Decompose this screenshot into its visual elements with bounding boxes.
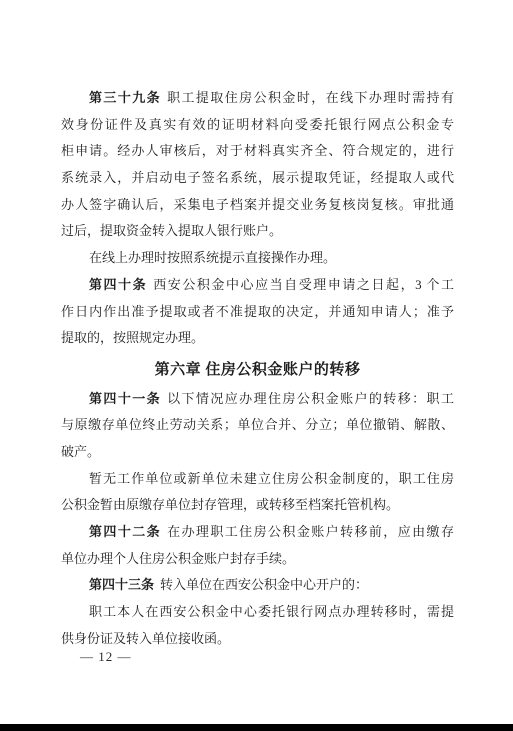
- text-line: 第四十二条在办理职工住房公积金账户转移前，应由缴存: [61, 519, 454, 546]
- document-page: 第三十九条职工提取住房公积金时，在线下办理时需持有效身份证件及真实有效的证明材料…: [0, 0, 513, 731]
- bottom-bar: [0, 724, 513, 731]
- text-segment: 柜申请。经办人审核后，对于材料真实齐全、符合规定的，进行: [61, 143, 454, 158]
- text-line: 作日内作出准予提取或者不准提取的决定，并通知申请人；准予: [61, 299, 454, 326]
- text-line: 效身份证件及真实有效的证明材料向受委托银行网点公积金专: [61, 112, 454, 139]
- article-number: 第四十三条: [89, 577, 154, 592]
- text-segment: 在办理职工住房公积金账户转移前，应由缴存: [167, 524, 454, 539]
- text-segment: 转入单位在西安公积金中心开户的：: [160, 577, 368, 592]
- text-segment: 以下情况应办理住房公积金账户的转移：职工: [167, 391, 454, 406]
- article-number: 第三十九条: [89, 90, 161, 105]
- text-segment: 在线上办理时按照系统提示直接操作办理。: [89, 250, 336, 265]
- text-segment: 公积金暂由原缴存单位封存管理，或转移至档案托管机构。: [61, 497, 399, 512]
- text-segment: 职工提取住房公积金时，在线下办理时需持有: [167, 90, 454, 105]
- text-segment: 暂无工作单位或新单位未建立住房公积金制度的，职工住房: [89, 471, 454, 486]
- text-line: 系统录入，并启动电子签名系统，展示提取凭证，经提取人或代: [61, 165, 454, 192]
- text-segment: 供身份证及转入单位接收函。: [61, 631, 230, 646]
- text-line: 单位办理个人住房公积金账户封存手续。: [61, 546, 454, 573]
- text-line: 第四十三条转入单位在西安公积金中心开户的：: [61, 572, 454, 599]
- text-segment: 过后，提取资金转入提取人银行账户。: [61, 223, 282, 238]
- article-number: 第四十二条: [89, 524, 161, 539]
- text-segment: 效身份证件及真实有效的证明材料向受委托银行网点公积金专: [61, 117, 454, 132]
- document-content: 第三十九条职工提取住房公积金时，在线下办理时需持有效身份证件及真实有效的证明材料…: [61, 85, 454, 652]
- text-line: 办人签字确认后，采集电子档案并提交业务复核岗复核。审批通: [61, 192, 454, 219]
- article-number: 第四十条: [89, 277, 147, 292]
- text-line: 破产。: [61, 439, 454, 466]
- text-segment: 系统录入，并启动电子签名系统，展示提取凭证，经提取人或代: [61, 170, 454, 185]
- text-line: 公积金暂由原缴存单位封存管理，或转移至档案托管机构。: [61, 492, 454, 519]
- text-segment: 提取的，按照规定办理。: [61, 330, 204, 345]
- text-segment: 单位办理个人住房公积金账户封存手续。: [61, 551, 295, 566]
- text-line: 职工本人在西安公积金中心委托银行网点办理转移时，需提: [61, 599, 454, 626]
- text-segment: 职工本人在西安公积金中心委托银行网点办理转移时，需提: [89, 604, 454, 619]
- text-line: 柜申请。经办人审核后，对于材料真实齐全、符合规定的，进行: [61, 138, 454, 165]
- text-segment: 破产。: [61, 444, 100, 459]
- text-line: 提取的，按照规定办理。: [61, 325, 454, 352]
- text-line: 第三十九条职工提取住房公积金时，在线下办理时需持有: [61, 85, 454, 112]
- article-number: 第四十一条: [89, 391, 161, 406]
- text-segment: 西安公积金中心应当自受理申请之日起，3 个工: [153, 277, 454, 292]
- text-line: 与原缴存单位终止劳动关系；单位合并、分立；单位撤销、解散、: [61, 412, 454, 439]
- text-segment: 作日内作出准予提取或者不准提取的决定，并通知申请人；准予: [61, 304, 454, 319]
- text-line: 第四十一条以下情况应办理住房公积金账户的转移：职工: [61, 386, 454, 413]
- text-line: 过后，提取资金转入提取人银行账户。: [61, 218, 454, 245]
- text-line: 第四十条西安公积金中心应当自受理申请之日起，3 个工: [61, 272, 454, 299]
- chapter-6-heading: 第六章 住房公积金账户的转移: [61, 357, 454, 384]
- text-segment: 办人签字确认后，采集电子档案并提交业务复核岗复核。审批通: [61, 197, 454, 212]
- page-number: — 12 —: [80, 649, 132, 665]
- text-line: 暂无工作单位或新单位未建立住房公积金制度的，职工住房: [61, 466, 454, 493]
- text-segment: 与原缴存单位终止劳动关系；单位合并、分立；单位撤销、解散、: [61, 417, 454, 432]
- text-line: 在线上办理时按照系统提示直接操作办理。: [61, 245, 454, 272]
